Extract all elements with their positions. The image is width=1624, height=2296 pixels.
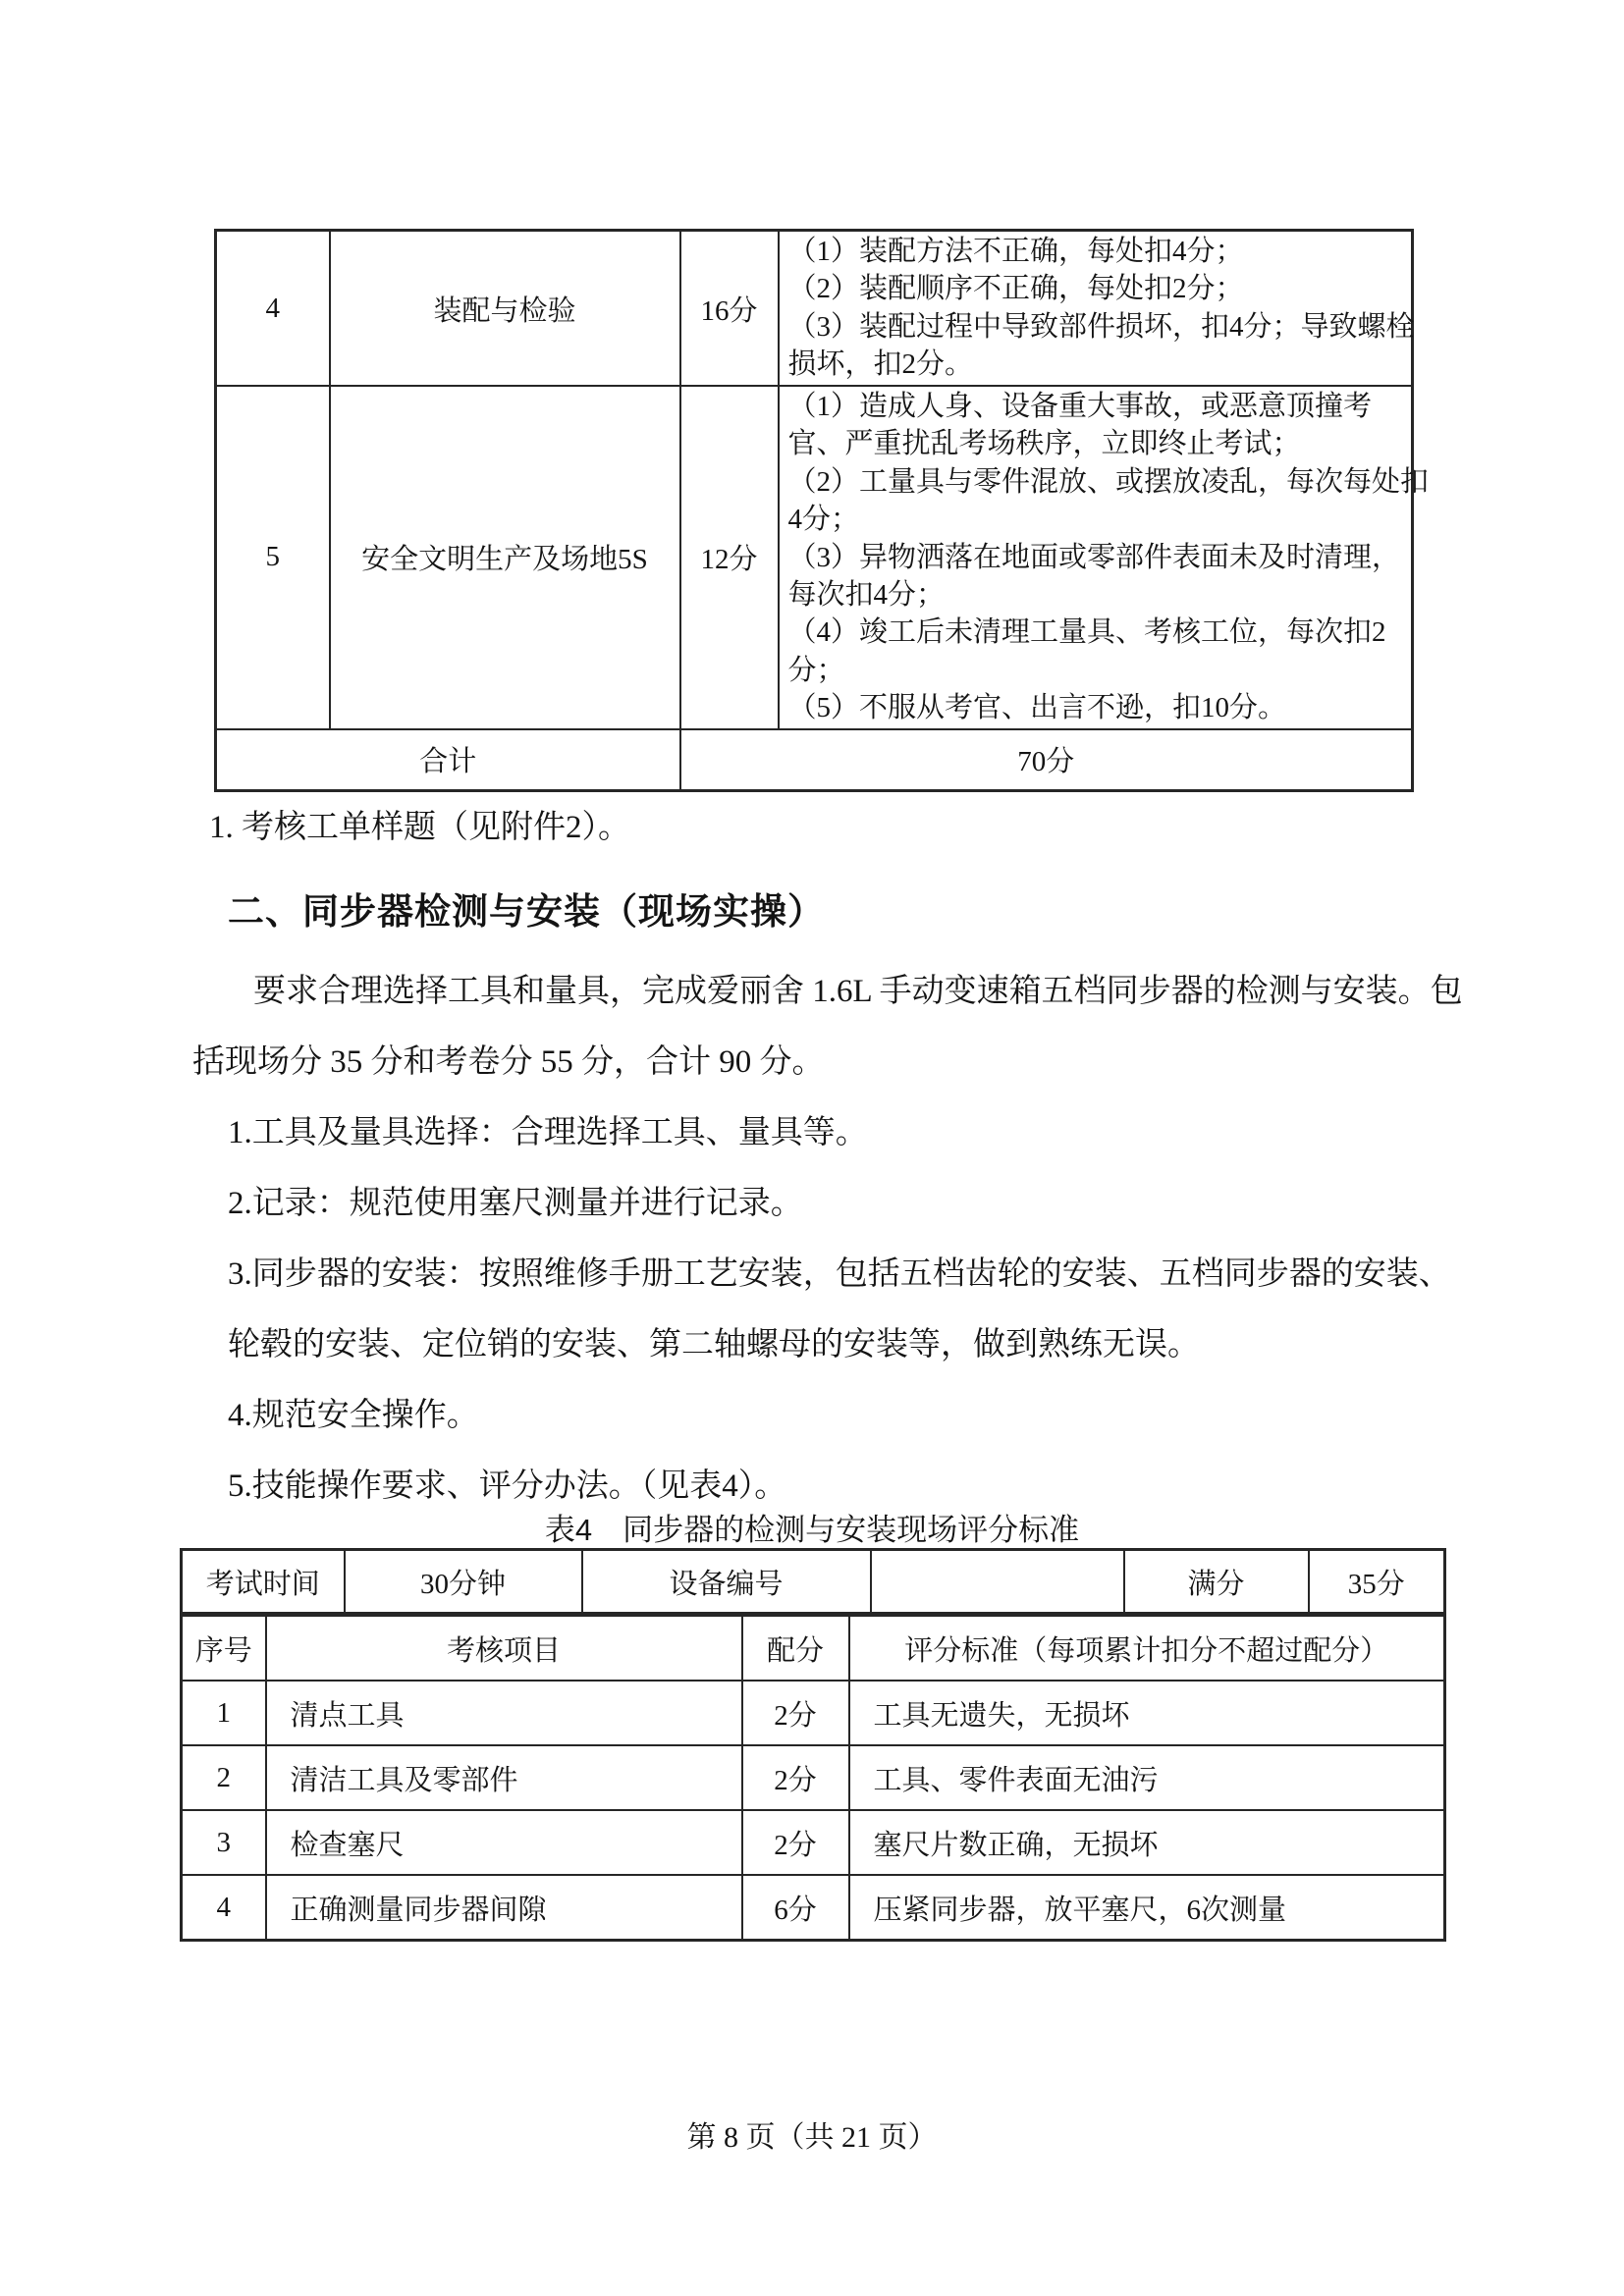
points-cell: 2分 [742,1810,849,1875]
assessment-item-cell: 装配与检验 [330,231,680,387]
total-row: 合计 70分 [216,729,1413,791]
criteria-text-line: 分； [788,652,1403,689]
criteria-text-line: （4）竣工后未清理工量具、考核工位，每次扣2 [788,614,1403,651]
table4-scoring-table: 序号 考核项目 配分 评分标准（每项累计扣分不超过配分） 1 清点工具 2分 工… [180,1615,1446,1942]
assessment-item-cell: 清洁工具及零部件 [266,1745,742,1810]
note-line: 1. 考核工单样题（见附件2）。 [209,808,630,847]
device-number-value-cell [871,1550,1124,1614]
table-row: 2 清洁工具及零部件 2分 工具、零件表面无油污 [182,1745,1445,1810]
header-item-cell: 考核项目 [266,1616,742,1681]
criteria-cell: 塞尺片数正确，无损坏 [849,1810,1445,1875]
row-number-cell: 4 [216,231,330,387]
exam-time-value-cell: 30分钟 [345,1550,582,1614]
header-row: 序号 考核项目 配分 评分标准（每项累计扣分不超过配分） [182,1616,1445,1681]
list-item-line: 2.记录：规范使用塞尺测量并进行记录。 [192,1168,1461,1239]
list-item-line: 3.同步器的安装：按照维修手册工艺安装，包括五档齿轮的安装、五档同步器的安装、 [192,1239,1461,1309]
header-no-cell: 序号 [182,1616,266,1681]
criteria-text-line: （1）造成人身、设备重大事故，或恶意顶撞考 [788,388,1403,425]
header-criteria-cell: 评分标准（每项累计扣分不超过配分） [849,1616,1445,1681]
exam-time-label-cell: 考试时间 [182,1550,345,1614]
assessment-item-cell: 安全文明生产及场地5S [330,386,680,729]
paragraph-line: 括现场分 35 分和考卷分 55 分，合计 90 分。 [192,1027,1461,1097]
points-cell: 2分 [742,1681,849,1745]
criteria-cell: （1）造成人身、设备重大事故，或恶意顶撞考官、严重扰乱考场秩序，立即终止考试；（… [779,386,1413,729]
total-label-cell: 合计 [216,729,680,791]
criteria-text-line: 官、严重扰乱考场秩序，立即终止考试； [788,425,1403,462]
table-row: 5 安全文明生产及场地5S 12分 （1）造成人身、设备重大事故，或恶意顶撞考官… [216,386,1413,729]
page-number-footer: 第 8 页（共 21 页） [0,2112,1624,2156]
row-number-cell: 3 [182,1810,266,1875]
criteria-cell: 工具、零件表面无油污 [849,1745,1445,1810]
assessment-item-cell: 清点工具 [266,1681,742,1745]
assessment-item-cell: 正确测量同步器间隙 [266,1875,742,1941]
row-number-cell: 5 [216,386,330,729]
document-page: 4 装配与检验 16分 （1）装配方法不正确，每处扣4分；（2）装配顺序不正确，… [0,0,1624,2296]
paragraph-line: 要求合理选择工具和量具，完成爱丽舍 1.6L 手动变速箱五档同步器的检测与安装。… [192,956,1461,1027]
points-cell: 12分 [680,386,779,729]
total-value-cell: 70分 [680,729,1413,791]
table4-caption: 表4 同步器的检测与安装现场评分标准 [0,1505,1624,1549]
criteria-text-line: 损坏，扣2分。 [788,346,1403,383]
body-text-block: 要求合理选择工具和量具，完成爱丽舍 1.6L 手动变速箱五档同步器的检测与安装。… [192,956,1461,1522]
table-row: 4 正确测量同步器间隙 6分 压紧同步器，放平塞尺，6次测量 [182,1875,1445,1941]
row-number-cell: 1 [182,1681,266,1745]
header-points-cell: 配分 [742,1616,849,1681]
criteria-text-line: （1）装配方法不正确，每处扣4分； [788,233,1403,270]
criteria-text-line: （3）装配过程中导致部件损坏，扣4分；导致螺栓 [788,308,1403,346]
full-score-value-cell: 35分 [1309,1550,1445,1614]
full-score-label-cell: 满分 [1124,1550,1309,1614]
section-heading: 二、同步器检测与安装（现场实操） [228,881,825,934]
row-number-cell: 4 [182,1875,266,1941]
list-item-line: 1.工具及量具选择：合理选择工具、量具等。 [192,1097,1461,1168]
criteria-text-line: 每次扣4分； [788,576,1403,614]
points-cell: 16分 [680,231,779,387]
criteria-cell: 工具无遗失，无损坏 [849,1681,1445,1745]
criteria-text-line: （5）不服从考官、出言不逊，扣10分。 [788,689,1403,726]
deduction-score-table: 4 装配与检验 16分 （1）装配方法不正确，每处扣4分；（2）装配顺序不正确，… [214,229,1414,792]
table-row: 4 装配与检验 16分 （1）装配方法不正确，每处扣4分；（2）装配顺序不正确，… [216,231,1413,387]
table-row: 1 清点工具 2分 工具无遗失，无损坏 [182,1681,1445,1745]
criteria-text-line: （2）工量具与零件混放、或摆放凌乱，每次每处扣 [788,463,1403,501]
device-number-label-cell: 设备编号 [582,1550,871,1614]
points-cell: 6分 [742,1875,849,1941]
table-row: 3 检查塞尺 2分 塞尺片数正确，无损坏 [182,1810,1445,1875]
criteria-cell: 压紧同步器，放平塞尺，6次测量 [849,1875,1445,1941]
criteria-text-line: 4分； [788,501,1403,538]
criteria-cell: （1）装配方法不正确，每处扣4分；（2）装配顺序不正确，每处扣2分；（3）装配过… [779,231,1413,387]
list-item-line: 4.规范安全操作。 [192,1380,1461,1451]
points-cell: 2分 [742,1745,849,1810]
criteria-text-line: （2）装配顺序不正确，每处扣2分； [788,270,1403,307]
row-number-cell: 2 [182,1745,266,1810]
criteria-text-line: （3）异物洒落在地面或零部件表面未及时清理， [788,539,1403,576]
table4-container: 考试时间 30分钟 设备编号 满分 35分 序号 考核项目 配分 评分标准（每项… [180,1548,1443,1942]
list-item-line: 轮毂的安装、定位销的安装、第二轴螺母的安装等，做到熟练无误。 [192,1309,1461,1380]
table4-meta-row: 考试时间 30分钟 设备编号 满分 35分 [180,1548,1446,1615]
assessment-item-cell: 检查塞尺 [266,1810,742,1875]
table-row: 考试时间 30分钟 设备编号 满分 35分 [182,1550,1445,1614]
